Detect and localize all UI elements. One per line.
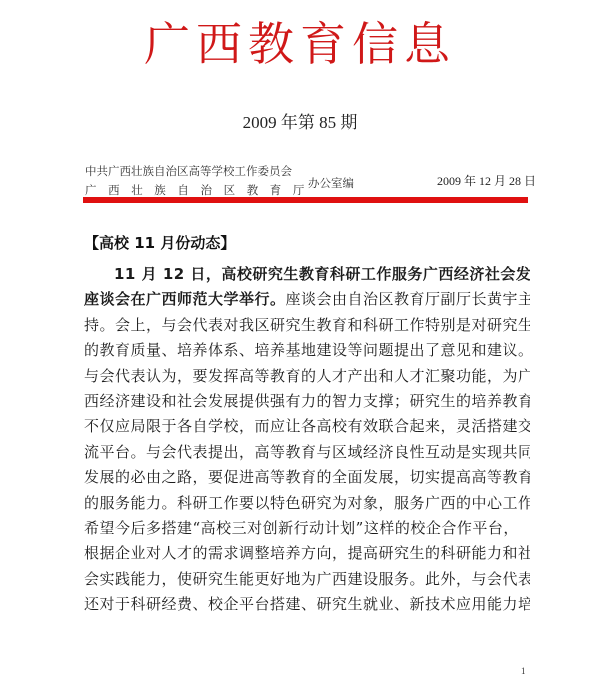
publish-date: 2009 年 12 月 28 日: [437, 172, 536, 189]
article-line: 不仅应局限于各自学校，而应让各高校有效联合起来，灵活搭建交: [84, 414, 530, 439]
article-line: 持。会上，与会代表对我区研究生教育和科研工作特别是对研究生: [84, 313, 530, 338]
article-line: 座谈会在广西师范大学举行。座谈会由自治区教育厅副厅长黄宇主: [84, 287, 530, 312]
publisher-org: 中共广西壮族自治区高等学校工作委员会 广西壮族自治区教育厅: [85, 162, 316, 200]
org-line-1: 中共广西壮族自治区高等学校工作委员会: [85, 162, 316, 181]
article-line: 与会代表认为，要发挥高等教育的人才产出和人才汇聚功能，为广: [84, 364, 530, 389]
article-body: 11 月 12 日，高校研究生教育科研工作服务广西经济社会发展 座谈会在广西师范…: [84, 262, 530, 618]
office-label: 办公室编: [308, 175, 354, 191]
red-divider: [83, 197, 528, 203]
article-line: 的服务能力。科研工作要以特色研究为对象，服务广西的中心工作。: [84, 491, 530, 516]
issue-number: 2009 年第 85 期: [0, 108, 600, 133]
page-number: 1: [521, 666, 526, 676]
masthead-title: 广西教育信息: [0, 14, 600, 74]
article-line: 11 月 12 日，高校研究生教育科研工作服务广西经济社会发展: [84, 262, 530, 287]
article-line: 根据企业对人才的需求调整培养方向，提高研究生的科研能力和社: [84, 541, 530, 566]
article-line: 西经济建设和社会发展提供强有力的智力支撑；研究生的培养教育: [84, 389, 530, 414]
section-title: 【高校 11 月份动态】: [84, 232, 235, 253]
article-line: 发展的必由之路，要促进高等教育的全面发展，切实提高高等教育: [84, 465, 530, 490]
article-line: 流平台。与会代表提出，高等教育与区域经济良性互动是实现共同: [84, 440, 530, 465]
article-line: 会实践能力，使研究生能更好地为广西建设服务。此外，与会代表: [84, 567, 530, 592]
article-line: 的教育质量、培养体系、培养基地建设等问题提出了意见和建议。: [84, 338, 530, 363]
article-line: 还对于科研经费、校企平台搭建、研究生就业、新技术应用能力培: [84, 592, 530, 617]
article-line: 希望今后多搭建“高校三对创新行动计划”这样的校企合作平台，: [84, 516, 530, 541]
